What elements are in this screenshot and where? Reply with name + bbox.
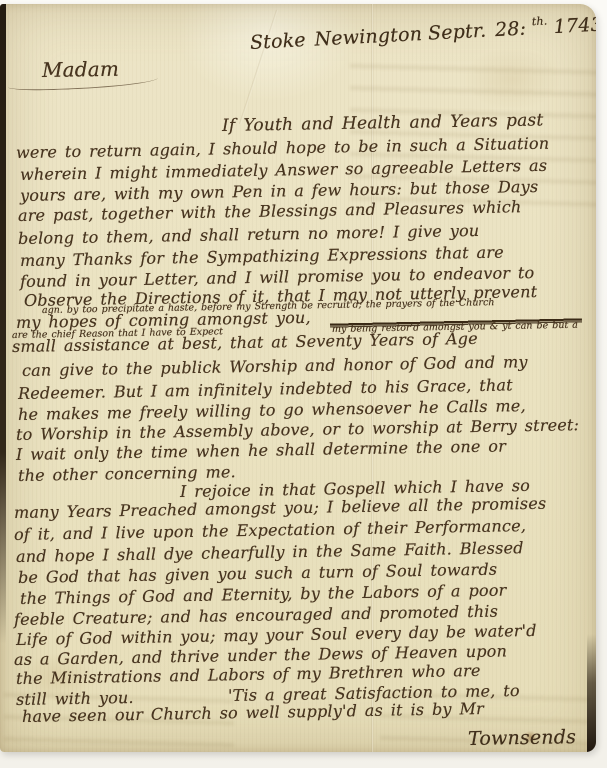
dateline: Stoke NewingtonSeptr. 28:th.1743. — [249, 11, 596, 56]
letter-line: If Youth and Health and Years past — [222, 110, 544, 137]
fold-crease-topleft — [239, 10, 278, 125]
letter-paper: Stoke NewingtonSeptr. 28:th.1743. Madam … — [0, 4, 596, 752]
binding-edge-right — [587, 634, 596, 752]
dateline-suffix: th. — [531, 14, 547, 28]
scanned-letter-page: Stoke NewingtonSeptr. 28:th.1743. Madam … — [0, 0, 607, 768]
dateline-date: Septr. 28: — [427, 18, 526, 45]
salutation-flourish — [8, 73, 158, 91]
dateline-place: Stoke Newington — [249, 23, 422, 54]
signature: Townsends — [468, 726, 576, 752]
dateline-year: 1743. — [553, 13, 596, 38]
binding-edge-left — [0, 4, 6, 644]
